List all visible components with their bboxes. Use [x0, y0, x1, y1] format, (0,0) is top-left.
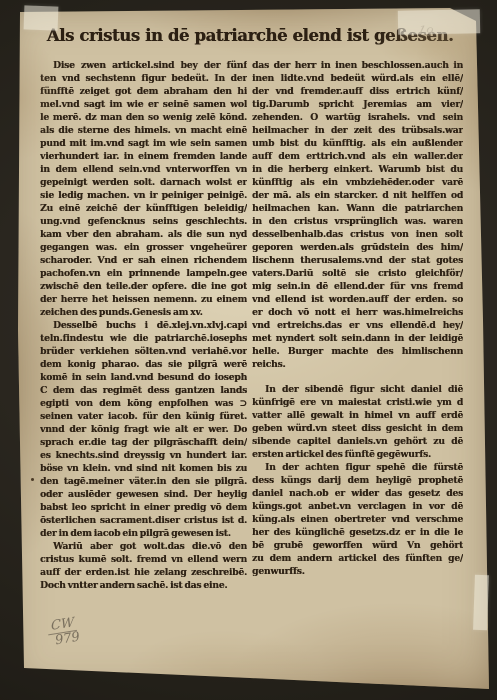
tape-patch-top-right [398, 9, 480, 34]
text-line: der mā. als ein starcker. d nit helffen … [252, 189, 463, 202]
text-line: fünfftē zeiget got dem abraham den hi [40, 85, 247, 98]
text-line: oder auslēder gewesen sind. Der heylig [40, 488, 247, 501]
text-line: umb bist du künfftig. als ein außlender [252, 137, 463, 150]
text-line: scharoder. Vnd er sah einen richendem [40, 254, 247, 267]
text-line: genwurffs. [252, 565, 463, 578]
text-line: ung.vnd gefencknus seins geschlechts. [40, 215, 247, 228]
text-line: mig sein.in dē ellend.der für vns fremd [252, 280, 463, 293]
text-line: der vnd fremder.auff diss ertrich künf/ [252, 85, 463, 98]
paragraph: Wariū aber got wolt.das die.vō dencristu… [40, 540, 247, 592]
text-line: helle. Burger machte des himlischenn [252, 345, 463, 358]
tape-patch-top-left [24, 5, 59, 30]
text-line: sibende capitel daniels.vn gehört zu dē [252, 435, 463, 448]
text-line: Wariū aber got wolt.das die.vō den [40, 540, 247, 553]
text-line: vaters.Dariū soltē sie cristo gleichför/ [252, 267, 463, 280]
text-line: vatter allē gewalt in himel vn auff erdē [252, 409, 463, 422]
text-line: pund mit im.vnd sagt im wie sein samen [40, 137, 247, 150]
text-line: böse vn klein. vnd sind nit komen bis zu [40, 462, 247, 475]
text-line: sprach er.die tag der pilgrāschafft dein… [40, 436, 247, 449]
text-line: daniel nach.ob er wider das gesetz des [252, 487, 463, 500]
text-line: komē in sein land.vnd besund do ioseph [40, 371, 247, 384]
text-line: desselbenhalb.das cristus von inen solt [252, 228, 463, 241]
text-line: auff der erden.ist hie zelang zeschreibē… [40, 566, 247, 579]
text-line: das der herr in inen beschlossen.auch in [252, 59, 463, 72]
text-line: le merē. dz man den so wenig zelē kōnd. [40, 111, 247, 124]
pencil-shelfmark: CW 979 [46, 616, 81, 648]
text-line: heilmachen kan. Wann die patriarchen [252, 202, 463, 215]
text-line: den tagē.meiner väter.in den sie pilgrā. [40, 475, 247, 488]
text-line: In der achten figur spehē die fürstē [252, 461, 463, 474]
text-line: dess küngs darij dem heyligē prophetē [252, 474, 463, 487]
text-line: geporen werden.als grūdstein des him/ [252, 241, 463, 254]
tape-patch-right-edge [473, 575, 489, 630]
text-line: brüder verkiehen sölten.vnd veriahē.vor [40, 345, 247, 358]
text-line: gegangen was. ein grosser vngeheürer [40, 241, 247, 254]
text-line: ōsterlichen sacrament.diser cristus ist … [40, 514, 247, 527]
text-line: zehenden. O wartūg israhels. vnd sein [252, 111, 463, 124]
text-line: küng.als einen obertreter vnd verschme [252, 513, 463, 526]
marginal-dot-mark [31, 478, 34, 481]
text-line: teln.findestu wie die patriarchē.iosephs [40, 332, 247, 345]
text-line: met nyndert solt sein.dann in der leidig… [252, 332, 463, 345]
incunable-leaf: Als cristus in dē patriarchē elend ist g… [0, 0, 497, 700]
text-line: egipti von dem kōng enpfolhen was ⊃ [40, 397, 247, 410]
text-line: heilmacher in der zeit des trübsals.war [252, 124, 463, 137]
text-line: inen lidte.vnd bedeüt würd.als ein ellē/ [252, 72, 463, 85]
paragraph: In der achten figur spehē die fürstēdess… [252, 461, 463, 578]
text-line: dem konig pharao. das sie pilgrā werē [40, 358, 247, 371]
text-line: lischenn therusalems.vnd der stat gotes [252, 254, 463, 267]
text-line: In der sibendē figur sicht daniel diē [252, 383, 463, 396]
text-line: pachofen.vn ein prinnende lampeln.gee [40, 267, 247, 280]
text-line: gepeinigt werden solt. darnach wolst er [40, 176, 247, 189]
text-line: cristus kumē solt. fremd vn ellend wern [40, 553, 247, 566]
text-line: zwischē den teile.der opfere. die ine go… [40, 280, 247, 293]
text-line: C dem das regimēt dess gantzen lands [40, 384, 247, 397]
photograph-background: Als cristus in dē patriarchē elend ist g… [0, 0, 497, 700]
text-line: es knechts.sind dreyssig vn hundert iar. [40, 449, 247, 462]
text-line: sie ledig machen. vn ir peiniger peinigē… [40, 189, 247, 202]
text-line: her des künglichē gesetzs.dz er in die l… [252, 526, 463, 539]
text-column-right: das der herr in inen beschlossen.auch in… [252, 59, 463, 599]
text-line: seinen vater iacob. für den künig füret. [40, 410, 247, 423]
paragraph: Dise zwen artickel.sind bey der fünften … [40, 59, 247, 319]
text-line: Doch vntter andern sachē. ist das eine. [40, 579, 247, 592]
text-line: Zu einē zeichē der künfftigen beleidig/ [40, 202, 247, 215]
text-line: der in dem iacob ein pilgrā gewesen ist. [40, 527, 247, 540]
text-line: Dise zwen artickel.sind bey der fünf [40, 59, 247, 72]
text-line: vnd ellend ist worden.auff der erden. so [252, 293, 463, 306]
paragraph: das der herr in inen beschlossen.auch in… [252, 59, 463, 371]
text-line: zeichen des punds.Genesis am xv. [40, 306, 247, 319]
text-line: künfrigē ere vn maiestat cristi.wie ym d [252, 396, 463, 409]
text-line: küngs.got anbet.vn verclagen in vor dē [252, 500, 463, 513]
text-line: der herre het heissen nemenn. zu einem [40, 293, 247, 306]
text-line: tig.Darumb spricht Jeremias am vier/ [252, 98, 463, 111]
text-line: in den cristus vrsprünglich was. waren [252, 215, 463, 228]
text-line: in dem ellend sein.vnd vnterworffen vn [40, 163, 247, 176]
text-line: vnnd der kōnig fragt wie alt er wer. Do [40, 423, 247, 436]
text-line: als die sterne des himels. vn macht einē [40, 124, 247, 137]
text-line: er doch vō nott ei herr was.himelreichs [252, 306, 463, 319]
paragraph: Desselbē buchs i dē.xlej.vn.xlvj.capitel… [40, 319, 247, 540]
paragraph: In der sibendē figur sicht daniel diēkün… [252, 383, 463, 461]
text-line: babst leo spricht in einer predig vō dem [40, 501, 247, 514]
text-line: reichs. [252, 358, 463, 371]
text-line: mel.vnd sagt im wie er seinē samen wol [40, 98, 247, 111]
text-line: zu dem andern artickel des fünften ge/ [252, 552, 463, 565]
text-line: ersten artickel des fünftē gegēwurfs. [252, 448, 463, 461]
text-line: vierhundert iar. in einem fremden lande [40, 150, 247, 163]
text-line: Desselbē buchs i dē.xlej.vn.xlvj.capi [40, 319, 247, 332]
text-line: in die herberg einkert. Warumb bist du [252, 163, 463, 176]
text-line: geben würd.vn steet diss gesicht in dem [252, 422, 463, 435]
text-line: künfftig als ein vmbziehēder.oder varē [252, 176, 463, 189]
text-line: kam vber den abraham. als die sun nyd [40, 228, 247, 241]
text-column-left: Dise zwen artickel.sind bey der fünften … [40, 59, 247, 599]
text-line: ten vnd sechstenn figur bedeüt. In der [40, 72, 247, 85]
text-line: bē grubē geworffen würd Vn gehört [252, 539, 463, 552]
text-line: vnd ertreichs.das er vns ellendē.d hey/ [252, 319, 463, 332]
text-line: auff dem erttrich.vnd als ein waller.der [252, 150, 463, 163]
